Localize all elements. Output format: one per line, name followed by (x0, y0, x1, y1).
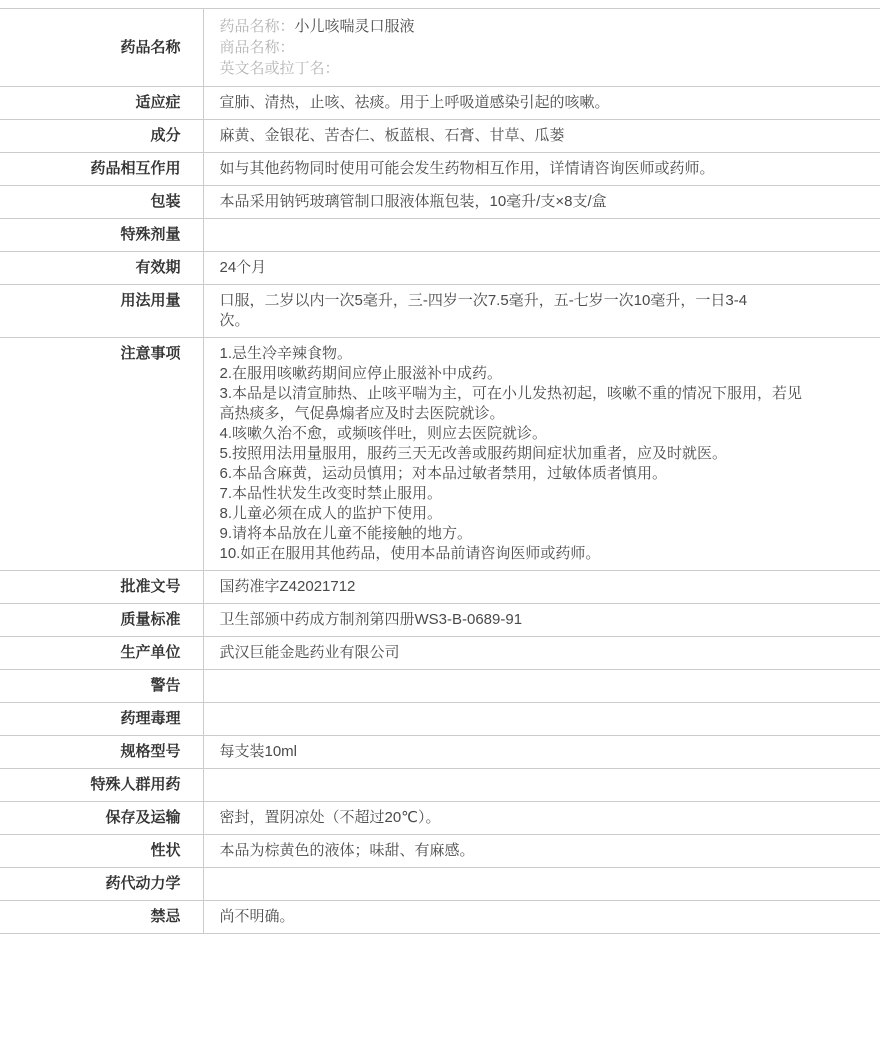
row-value-line: 尚不明确。 (220, 907, 821, 927)
table-row-warning: 警告 (0, 670, 880, 703)
table-row-manufacturer: 生产单位 武汉巨能金匙药业有限公司 (0, 637, 880, 670)
row-label: 注意事项 (0, 338, 203, 571)
table-row-pharmacology: 药理毒理 (0, 703, 880, 736)
row-label: 适应症 (0, 87, 203, 120)
row-value: 本品采用钠钙玻璃管制口服液体瓶包装，10毫升/支×8支/盒 (203, 186, 880, 219)
drug-info-table: 药品名称 药品名称：小儿咳喘灵口服液 商品名称： 英文名或拉丁名： 适应症 宣肺… (0, 8, 880, 934)
row-value: 每支装10ml (203, 736, 880, 769)
row-value-line: 武汉巨能金匙药业有限公司 (220, 643, 821, 663)
row-value-line: 8.儿童必须在成人的监护下使用。 (220, 504, 821, 524)
row-value: 1.忌生冷辛辣食物。 2.在服用咳嗽药期间应停止服滋补中成药。 3.本品是以清宣… (203, 338, 880, 571)
table-row-appearance: 性状 本品为棕黄色的液体；味甜、有麻感。 (0, 835, 880, 868)
row-label: 成分 (0, 120, 203, 153)
row-value-line: 高热痰多，气促鼻煽者应及时去医院就诊。 (220, 404, 821, 424)
row-label: 生产单位 (0, 637, 203, 670)
table-row-quality-standard: 质量标准 卫生部颁中药成方制剂第四册WS3-B-0689-91 (0, 604, 880, 637)
row-value: 药品名称：小儿咳喘灵口服液 商品名称： 英文名或拉丁名： (203, 9, 880, 87)
table-row-packaging: 包装 本品采用钠钙玻璃管制口服液体瓶包装，10毫升/支×8支/盒 (0, 186, 880, 219)
row-value-line: 麻黄、金银花、苦杏仁、板蓝根、石膏、甘草、瓜蒌 (220, 126, 821, 146)
row-label: 保存及运输 (0, 802, 203, 835)
row-value-line: 口服，二岁以内一次5毫升，三-四岁一次7.5毫升，五-七岁一次10毫升，一日3-… (220, 291, 821, 311)
row-value: 国药准字Z42021712 (203, 571, 880, 604)
row-value-line: 7.本品性状发生改变时禁止服用。 (220, 484, 821, 504)
row-value: 武汉巨能金匙药业有限公司 (203, 637, 880, 670)
field-key: 药品名称： (220, 18, 295, 35)
row-value-line: 5.按照用法用量服用，服药三天无改善或服药期间症状加重者，应及时就医。 (220, 444, 821, 464)
table-row-special-populations: 特殊人群用药 (0, 769, 880, 802)
table-row-drug-name: 药品名称 药品名称：小儿咳喘灵口服液 商品名称： 英文名或拉丁名： (0, 9, 880, 87)
field-key: 商品名称： (220, 39, 295, 56)
row-label: 禁忌 (0, 901, 203, 934)
row-label: 有效期 (0, 252, 203, 285)
row-value-line: 6.本品含麻黄，运动员慎用；对本品过敏者禁用，过敏体质者慎用。 (220, 464, 821, 484)
drug-info-page: 药品名称 药品名称：小儿咳喘灵口服液 商品名称： 英文名或拉丁名： 适应症 宣肺… (0, 0, 880, 1060)
row-value-line: 1.忌生冷辛辣食物。 (220, 344, 821, 364)
row-label: 用法用量 (0, 285, 203, 338)
table-row-contraindications: 禁忌 尚不明确。 (0, 901, 880, 934)
row-value (203, 670, 880, 703)
row-value: 如与其他药物同时使用可能会发生药物相互作用，详情请咨询医师或药师。 (203, 153, 880, 186)
table-row-special-dosage: 特殊剂量 (0, 219, 880, 252)
table-row-dosage: 用法用量 口服，二岁以内一次5毫升，三-四岁一次7.5毫升，五-七岁一次10毫升… (0, 285, 880, 338)
row-value: 尚不明确。 (203, 901, 880, 934)
row-value-line: 每支装10ml (220, 742, 821, 762)
row-value: 24个月 (203, 252, 880, 285)
row-label: 药品相互作用 (0, 153, 203, 186)
table-row-ingredients: 成分 麻黄、金银花、苦杏仁、板蓝根、石膏、甘草、瓜蒌 (0, 120, 880, 153)
row-value-line: 密封，置阴凉处（不超过20℃）。 (220, 808, 821, 828)
table-row-indications: 适应症 宣肺、清热，止咳、祛痰。用于上呼吸道感染引起的咳嗽。 (0, 87, 880, 120)
table-row-storage: 保存及运输 密封，置阴凉处（不超过20℃）。 (0, 802, 880, 835)
row-label: 包装 (0, 186, 203, 219)
drug-name-field: 药品名称：小儿咳喘灵口服液 (220, 16, 821, 37)
row-label: 批准文号 (0, 571, 203, 604)
row-label: 质量标准 (0, 604, 203, 637)
row-value-line: 24个月 (220, 258, 821, 278)
row-value: 密封，置阴凉处（不超过20℃）。 (203, 802, 880, 835)
row-label: 药品名称 (0, 9, 203, 87)
row-label: 药理毒理 (0, 703, 203, 736)
row-label: 性状 (0, 835, 203, 868)
row-value-line: 3.本品是以清宣肺热、止咳平喘为主，可在小儿发热初起，咳嗽不重的情况下服用，若见 (220, 384, 821, 404)
row-value: 麻黄、金银花、苦杏仁、板蓝根、石膏、甘草、瓜蒌 (203, 120, 880, 153)
table-row-specification: 规格型号 每支装10ml (0, 736, 880, 769)
latin-name-field: 英文名或拉丁名： (220, 58, 821, 79)
row-value: 本品为棕黄色的液体；味甜、有麻感。 (203, 835, 880, 868)
field-value: 小儿咳喘灵口服液 (295, 18, 415, 35)
row-value-line: 本品为棕黄色的液体；味甜、有麻感。 (220, 841, 821, 861)
field-key: 英文名或拉丁名： (220, 60, 340, 77)
row-label: 规格型号 (0, 736, 203, 769)
row-value-line: 宣肺、清热，止咳、祛痰。用于上呼吸道感染引起的咳嗽。 (220, 93, 821, 113)
row-label: 警告 (0, 670, 203, 703)
row-value-line: 4.咳嗽久治不愈，或频咳伴吐，则应去医院就诊。 (220, 424, 821, 444)
row-value-line: 2.在服用咳嗽药期间应停止服滋补中成药。 (220, 364, 821, 384)
row-value-line: 本品采用钠钙玻璃管制口服液体瓶包装，10毫升/支×8支/盒 (220, 192, 821, 212)
table-row-pharmacokinetics: 药代动力学 (0, 868, 880, 901)
row-value: 口服，二岁以内一次5毫升，三-四岁一次7.5毫升，五-七岁一次10毫升，一日3-… (203, 285, 880, 338)
row-label: 特殊剂量 (0, 219, 203, 252)
row-value-line: 卫生部颁中药成方制剂第四册WS3-B-0689-91 (220, 610, 821, 630)
row-value: 卫生部颁中药成方制剂第四册WS3-B-0689-91 (203, 604, 880, 637)
table-row-shelf-life: 有效期 24个月 (0, 252, 880, 285)
row-value: 宣肺、清热，止咳、祛痰。用于上呼吸道感染引起的咳嗽。 (203, 87, 880, 120)
row-value (203, 703, 880, 736)
table-row-precautions: 注意事项 1.忌生冷辛辣食物。 2.在服用咳嗽药期间应停止服滋补中成药。 3.本… (0, 338, 880, 571)
row-value (203, 219, 880, 252)
row-label: 药代动力学 (0, 868, 203, 901)
table-row-interactions: 药品相互作用 如与其他药物同时使用可能会发生药物相互作用，详情请咨询医师或药师。 (0, 153, 880, 186)
row-value-line: 国药准字Z42021712 (220, 577, 821, 597)
trade-name-field: 商品名称： (220, 37, 821, 58)
row-value (203, 769, 880, 802)
row-value (203, 868, 880, 901)
row-label: 特殊人群用药 (0, 769, 203, 802)
table-row-approval-number: 批准文号 国药准字Z42021712 (0, 571, 880, 604)
row-value-line: 9.请将本品放在儿童不能接触的地方。 (220, 524, 821, 544)
row-value-line: 次。 (220, 311, 821, 331)
row-value-line: 10.如正在服用其他药品，使用本品前请咨询医师或药师。 (220, 544, 821, 564)
row-value-line: 如与其他药物同时使用可能会发生药物相互作用，详情请咨询医师或药师。 (220, 159, 821, 179)
